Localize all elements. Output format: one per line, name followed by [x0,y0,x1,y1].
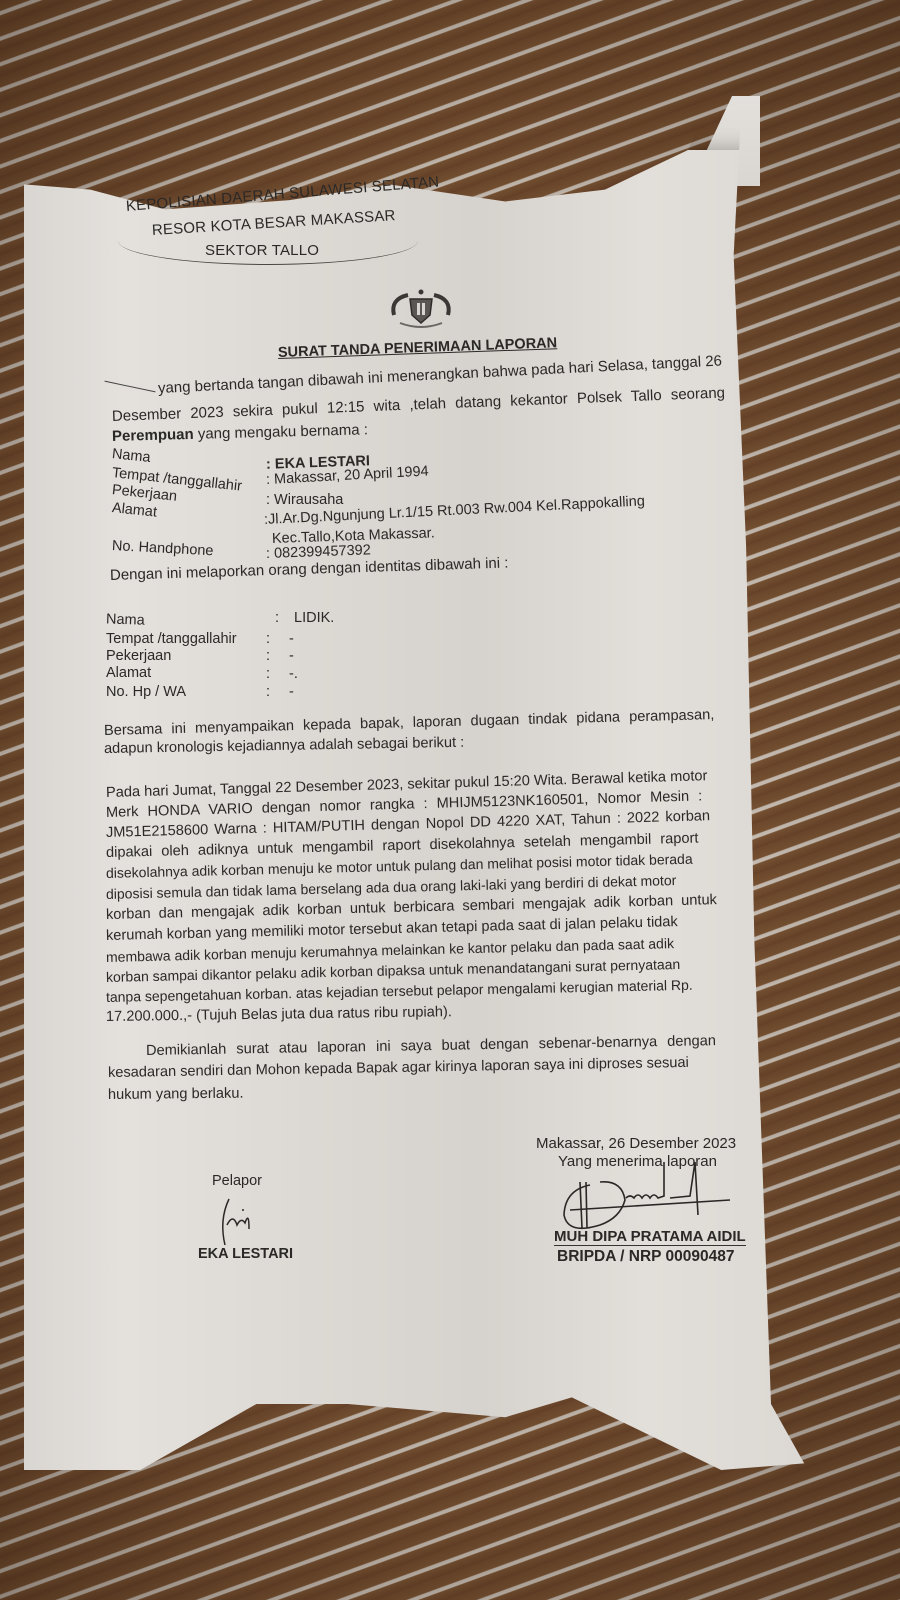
reporter-signature-icon [215,1195,265,1250]
reported-birth: - [289,631,294,647]
reporter-signatory-name: EKA LESTARI [198,1246,293,1262]
reported-phone: - [289,684,294,700]
intro-line-3: Perempuan yang mengaku bernama : [112,421,368,445]
field-sep: : [266,631,270,647]
police-report-document: KEPOLISIAN DAERAH SULAWESI SELATAN RESOR… [0,0,900,1600]
field-label: Alamat [106,665,151,681]
reported-address: -. [289,666,298,682]
field-sep: : [266,666,270,682]
field-label: Nama [111,446,151,466]
field-sep: : [275,610,279,626]
place-date: Makassar, 26 Desember 2023 [536,1135,736,1152]
field-sep: : [266,684,270,700]
header-line-2: RESOR KOTA BESAR MAKASSAR [151,207,396,239]
reported-name: LIDIK. [294,610,334,626]
receiver-rank-nrp: BRIPDA / NRP 00090487 [557,1248,734,1266]
header-line-3: SEKTOR TALLO [205,242,319,259]
field-label: Nama [106,611,145,628]
chronology-line: 17.200.000.,- (Tujuh Belas juta dua ratu… [106,1001,452,1028]
reporter-occupation: : Wirausaha [266,492,343,508]
intro-line-3-rest: yang mengaku bernama : [193,421,368,443]
receiver-name-text: MUH DIPA PRATAMA AIDIL [554,1228,746,1246]
police-emblem-icon [386,285,456,331]
field-label: Alamat [111,500,158,521]
gender-word: Perempuan [112,426,194,445]
field-label: No. Handphone [112,538,214,559]
field-label: No. Hp / WA [106,684,186,700]
field-label: Tempat /tanggallahir [106,631,237,647]
closing-line: hukum yang berlaku. [108,1083,244,1106]
field-sep: : [266,648,270,664]
intro-leader-line [104,381,155,393]
reporter-role: Pelapor [212,1173,262,1189]
receiver-name: MUH DIPA PRATAMA AIDIL [554,1228,746,1245]
document-title: SURAT TANDA PENERIMAAN LAPORAN [278,335,558,361]
reported-occupation: - [289,648,294,664]
field-label: Pekerjaan [106,648,171,664]
